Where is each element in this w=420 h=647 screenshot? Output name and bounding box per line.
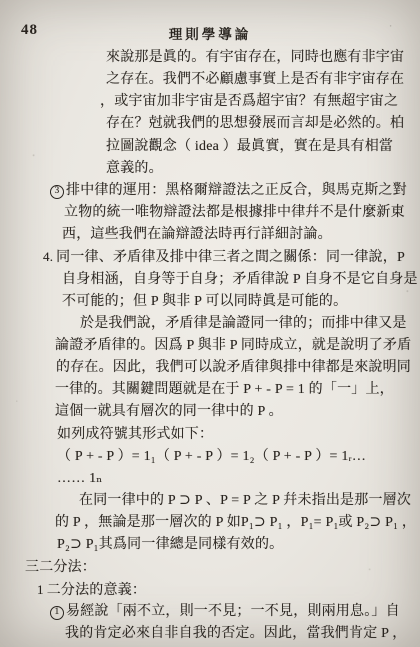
line-text: 來說那是眞的。有宇宙存在，同時也應有非宇宙 xyxy=(106,50,404,65)
text-line: 如列成符號其形式如下： xyxy=(57,425,213,445)
text-line: 1二分法的意義： xyxy=(37,580,146,600)
text-line: 之存在。我們不必顧慮事實上是否有非宇宙存在 xyxy=(106,70,404,90)
line-text: 排中律的運用：黑格爾辯證法之正反合，與馬克斯之對 xyxy=(66,183,407,198)
line-text: 一律的。其關鍵問題就是在于 P + - P = 1 的「一」上， xyxy=(55,382,394,397)
text-line: 我的肯定必來自非自我的否定。因此，當我們肯定 P ， xyxy=(65,624,406,644)
line-text: 的存在。因此，我們可以說矛盾律與排中律都是來說明同 xyxy=(56,360,411,375)
line-text: 之存在。我們不必顧慮事實上是否有非宇宙存在 xyxy=(106,72,404,87)
circled-list-marker: 1 xyxy=(50,606,64,620)
text-line: 自身相涵，自身等于自身；矛盾律說 P 自身不是它自身是 xyxy=(62,270,418,290)
line-text: 如列成符號其形式如下： xyxy=(57,427,213,442)
line-text: ，或宇宙加非宇宙是否爲超宇宙？有無超宇宙之 xyxy=(100,94,398,109)
line-text: 西，這些我們在論辯證法時再行詳細討論。 xyxy=(62,227,332,242)
text-line: 來說那是眞的。有宇宙存在，同時也應有非宇宙 xyxy=(106,48,404,68)
text-line: （ P + - P ）= 1₁（ P + - P ）= 1₂（ P + - P … xyxy=(57,447,366,467)
text-line: 論證矛盾律的。因爲 P 與非 P 同時成立，就是說明了矛盾 xyxy=(55,336,411,356)
line-text: 同一律、矛盾律及排中律三者之間之關係：同一律說，P xyxy=(56,250,405,265)
text-line: 三二分法： xyxy=(25,558,96,578)
line-text: 我的肯定必來自非自我的否定。因此，當我們肯定 P ， xyxy=(65,626,406,641)
line-text: 不可能的；但 P 與非 P 可以同時眞是可能的。 xyxy=(62,294,347,309)
circled-list-marker: 3 xyxy=(50,185,64,199)
line-text: 存在？尅就我們的思想發展而言却是必然的。柏 xyxy=(106,116,404,131)
text-line: 存在？尅就我們的思想發展而言却是必然的。柏 xyxy=(106,114,404,134)
list-marker: 1 xyxy=(37,580,44,600)
text-line: 4.同一律、矛盾律及排中律三者之間之關係：同一律說，P xyxy=(43,247,405,267)
text-line: 不可能的；但 P 與非 P 可以同時眞是可能的。 xyxy=(62,292,347,312)
list-marker: 4. xyxy=(43,247,53,267)
text-line: 這個一就具有層次的同一律中的 P 。 xyxy=(55,402,283,422)
text-line: 的存在。因此，我們可以說矛盾律與排中律都是來說明同 xyxy=(56,358,411,378)
text-line: 一律的。其關鍵問題就是在于 P + - P = 1 的「一」上， xyxy=(55,380,394,400)
text-line: 意義的。 xyxy=(106,159,163,179)
line-text: P₂⊃ P₁其爲同一律總是同樣有效的。 xyxy=(57,537,283,552)
text-line: 於是我們說，矛盾律是論證同一律的；而排中律又是 xyxy=(80,314,407,334)
text-line: P₂⊃ P₁其爲同一律總是同樣有效的。 xyxy=(57,535,283,555)
book-page: 48 理則學導論 來說那是眞的。有宇宙存在，同時也應有非宇宙之存在。我們不必顧慮… xyxy=(0,0,420,647)
text-line: 3排中律的運用：黑格爾辯證法之正反合，與馬克斯之對 xyxy=(50,181,407,201)
line-text: （ P + - P ）= 1₁（ P + - P ）= 1₂（ P + - P … xyxy=(57,449,366,464)
line-text: 易經說「兩不立，則一不見；一不見，則兩用息。」自 xyxy=(66,604,400,619)
line-text: 在同一律中的 P ⊃ P 、P = P 之 P 幷未指出是那一層次 xyxy=(79,493,411,508)
line-text: 論證矛盾律的。因爲 P 與非 P 同時成立，就是說明了矛盾 xyxy=(55,338,411,353)
line-text: 意義的。 xyxy=(106,161,163,176)
line-text: 拉圖說觀念（ idea ）最眞實，實在是具有相當 xyxy=(106,139,393,154)
text-line: …… 1ₙ xyxy=(57,469,103,489)
line-text: …… 1ₙ xyxy=(57,471,103,486)
text-line: 西，這些我們在論辯證法時再行詳細討論。 xyxy=(62,225,332,245)
text-line: 拉圖說觀念（ idea ）最眞實，實在是具有相當 xyxy=(106,137,393,157)
text-line: 的 P ，無論是那一層次的 P 如P₁⊃ P₁ ，P₁= P₁或 P₂⊃ P₁ … xyxy=(55,513,416,533)
line-text: 二分法的意義： xyxy=(47,583,146,598)
text-line: ，或宇宙加非宇宙是否爲超宇宙？有無超宇宙之 xyxy=(100,92,398,112)
line-text: 這個一就具有層次的同一律中的 P 。 xyxy=(55,404,283,419)
text-line: 立物的統一唯物辯證法都是根據排中律幷不是什麼新東 xyxy=(64,203,405,223)
text-line: 1易經說「兩不立，則一不見；一不見，則兩用息。」自 xyxy=(50,602,400,622)
text-line: 在同一律中的 P ⊃ P 、P = P 之 P 幷未指出是那一層次 xyxy=(79,491,411,511)
line-text: 三二分法： xyxy=(25,560,96,575)
line-text: 於是我們說，矛盾律是論證同一律的；而排中律又是 xyxy=(80,316,407,331)
line-text: 立物的統一唯物辯證法都是根據排中律幷不是什麼新東 xyxy=(64,205,405,220)
line-text: 的 P ，無論是那一層次的 P 如P₁⊃ P₁ ，P₁= P₁或 P₂⊃ P₁ … xyxy=(55,515,416,530)
line-text: 自身相涵，自身等于自身；矛盾律說 P 自身不是它自身是 xyxy=(62,272,418,287)
text-block: 來說那是眞的。有宇宙存在，同時也應有非宇宙之存在。我們不必顧慮事實上是否有非宇宙… xyxy=(0,0,420,647)
